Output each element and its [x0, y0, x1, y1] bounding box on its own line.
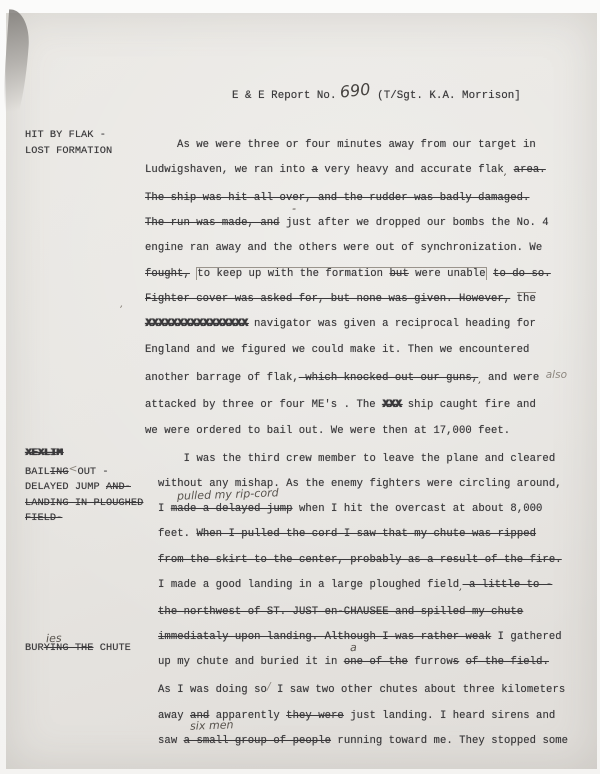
text-line: engine ran away and the others were out …: [145, 236, 567, 261]
typed-text: saw: [158, 735, 184, 747]
typed-text: to keep up with the formation: [196, 267, 389, 280]
text-line: another barrage of flak, which knocked o…: [145, 363, 567, 393]
struck-text: fought,: [145, 268, 190, 280]
handwritten-annotation: six men: [189, 713, 233, 740]
handwritten-annotation: a: [349, 635, 357, 660]
text-line: I was the third crew member to leave the…: [158, 447, 568, 472]
text-line: fought, to keep up with the formation bu…: [145, 262, 567, 287]
struck-text: immediataly upon landing. Although I was…: [158, 631, 491, 643]
text-line: feet. When I pulled the cord I saw that …: [158, 522, 568, 547]
text-line: Fighter cover was asked for, but none wa…: [145, 287, 567, 312]
typed-text: OUT -: [77, 466, 108, 478]
typed-text: we were ordered to bail out. We were the…: [145, 425, 510, 437]
typed-text: away: [158, 710, 190, 722]
handwritten-report-number: 690: [339, 79, 372, 101]
blotted-text: XXXXXXXXXXXXXXXX: [145, 318, 248, 330]
report-title: E & E Report No.: [232, 90, 336, 102]
typed-text: I saw two other chutes about three kilom…: [271, 684, 566, 696]
stray-pencil-mark: ,: [120, 297, 124, 310]
struck-text: When I pulled the cord I saw that my chu…: [196, 528, 536, 540]
typed-text: after we dropped our bombs the No. 4: [312, 217, 549, 229]
typed-text: furrow: [408, 656, 453, 668]
handwritten-annotation: pulled my rip-cord: [176, 480, 279, 509]
struck-text: which knocked out our guns,: [299, 372, 478, 384]
typed-text: when I hit the overcast at about 8,000: [293, 503, 543, 515]
struck-text: made a delayed jumppulled my rip-cord: [171, 503, 293, 515]
typed-text: As we were three or four minutes away fr…: [145, 139, 536, 151]
typed-text: LOST FORMATION: [25, 145, 112, 157]
text-line: XEXLIM: [25, 446, 143, 462]
struck-text: area.: [514, 164, 546, 176]
struck-text: LANDING IN PLOUGHED: [25, 497, 143, 509]
struck-text: they were: [286, 710, 344, 722]
typed-text: were unable: [409, 267, 487, 280]
text-line: BAILING<OUT -: [25, 462, 143, 481]
typed-text: As I was doing so: [158, 684, 267, 696]
text-line: we were ordered to bail out. We were the…: [145, 419, 567, 444]
text-line: attacked by three or four ME's . The XXX…: [145, 393, 567, 418]
paragraph-bailing-out: I was the third crew member to leave the…: [158, 447, 568, 754]
handwritten-annotation: -: [292, 195, 297, 220]
typed-text: ship caught fire and: [401, 399, 536, 411]
document-page: E & E Report No.690(T/Sgt. K.A. Morrison…: [6, 13, 597, 769]
struck-text: one of thea: [344, 656, 408, 668]
struck-text: YING THEies: [44, 642, 94, 654]
text-line: BURYING THEies CHUTE: [25, 641, 131, 657]
typed-text: just landing. I heard sirens and: [344, 710, 555, 722]
struck-text: AND-: [106, 481, 131, 493]
struck-text: a little to -: [463, 579, 553, 591]
text-line: the northwest of ST. JUST en-CHAUSEE and…: [158, 600, 568, 625]
typed-text: I was the third crew member to leave the…: [158, 453, 555, 465]
margin-note-bailing-out: XEXLIMBAILING<OUT -DELAYED JUMP AND-LAND…: [25, 446, 143, 527]
report-header: E & E Report No.690(T/Sgt. K.A. Morrison…: [232, 83, 521, 114]
struck-text: The ship was hit all over, and the rudde…: [145, 192, 529, 204]
typed-text: engine ran away and the others were out …: [145, 242, 542, 254]
typed-text: up my chute and buried it in: [158, 656, 344, 668]
text-line: from the skirt to the center, probably a…: [158, 548, 568, 573]
struck-text: FIELD-: [25, 512, 62, 524]
typed-text: navigator was given a reciprocal heading…: [248, 318, 536, 330]
handwritten-annotation: also: [546, 369, 567, 381]
text-line: up my chute and buried it in one of thea…: [158, 650, 568, 675]
typed-text: feet.: [158, 528, 196, 540]
typed-text: CHUTE: [94, 642, 131, 654]
text-line: I made a good landing in a large ploughe…: [158, 573, 568, 600]
handwritten-annotation: ies: [45, 631, 61, 647]
typed-text: very heavy and accurate flak: [318, 164, 504, 176]
typed-text: DELAYED JUMP: [25, 481, 106, 493]
text-line: XXXXXXXXXXXXXXXX navigator was given a r…: [145, 312, 567, 337]
struck-text: ING: [50, 466, 69, 478]
text-line: I made a delayed jumppulled my rip-cord …: [158, 497, 568, 522]
struck-text: of the field.: [466, 656, 549, 668]
struck-text: but: [390, 267, 409, 280]
text-line: Ludwigshaven, we ran into a very heavy a…: [145, 158, 567, 185]
typed-text: just-: [286, 217, 312, 229]
text-line: The run was made, and just- after we dro…: [145, 211, 567, 236]
struck-text: the northwest of ST. JUST en-CHAUSEE and…: [158, 606, 523, 618]
struck-text: a small group of peoplesix men: [184, 735, 331, 747]
struck-text: from the skirt to the center, probably a…: [158, 554, 562, 566]
margin-note-burying-chute: BURYING THEies CHUTE: [25, 641, 131, 657]
blotted-text: XXX: [382, 399, 401, 411]
text-line: HIT BY FLAK -: [25, 128, 112, 144]
text-line: FIELD-: [25, 511, 143, 527]
typed-text: I gathered: [491, 631, 561, 643]
paragraph-hit-by-flak: As we were three or four minutes away fr…: [145, 133, 567, 444]
typed-text: and were: [482, 372, 546, 384]
text-line: As we were three or four minutes away fr…: [145, 133, 567, 158]
blotted-text: XEXLIM: [25, 447, 62, 459]
struck-text: The run was made, and: [145, 217, 280, 229]
text-line: As I was doing so/ I saw two other chute…: [158, 675, 568, 703]
text-line: The ship was hit all over, and the rudde…: [145, 186, 567, 211]
report-author: (T/Sgt. K.A. Morrison]: [377, 90, 521, 102]
typed-text: attacked by three or four ME's . The: [145, 399, 382, 411]
typed-text: another barrage of flak,: [145, 372, 299, 384]
typed-text: I made a good landing in a large ploughe…: [158, 579, 459, 591]
typed-text: England and we figured we could make it.…: [145, 344, 529, 356]
typed-text: running toward me. They stopped some: [331, 735, 568, 747]
typed-text: I: [158, 503, 171, 515]
struck-text: to do so.: [493, 268, 551, 280]
typed-text: the: [517, 292, 536, 305]
text-line: LOST FORMATION: [25, 144, 112, 160]
typed-text: BAIL: [25, 466, 50, 478]
text-line: DELAYED JUMP AND-: [25, 480, 143, 496]
typed-text: Ludwigshaven, we ran into: [145, 164, 312, 176]
scanned-document: E & E Report No.690(T/Sgt. K.A. Morrison…: [0, 0, 600, 774]
text-line: immediataly upon landing. Although I was…: [158, 625, 568, 650]
margin-note-hit-by-flak: HIT BY FLAK -LOST FORMATION: [25, 128, 112, 159]
text-line: England and we figured we could make it.…: [145, 338, 567, 363]
typed-text: HIT BY FLAK -: [25, 129, 106, 141]
text-line: saw a small group of peoplesix men runni…: [158, 729, 568, 754]
typed-text: [510, 293, 516, 305]
text-line: LANDING IN PLOUGHED: [25, 496, 143, 512]
struck-text: Fighter cover was asked for, but none wa…: [145, 293, 510, 305]
typed-text: BUR: [25, 642, 44, 654]
